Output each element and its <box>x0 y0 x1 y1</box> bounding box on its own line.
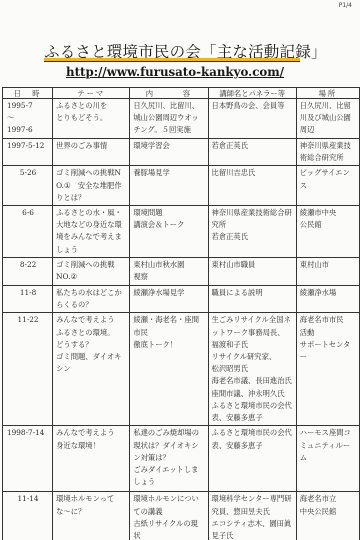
cell-speaker: 神奈川県産業技術総合研究所 若倉正英氏 <box>208 206 296 258</box>
cell-theme: みんなで考えよう ふるさとの環境。 どうする？ ゴミ問題、ダイオキシン <box>53 313 130 426</box>
table-row: 8-22 ゴミ削減への挑戦 NO.② 東村山市秋水園 視察 東村山市職員 東村山… <box>3 258 360 286</box>
cell-date: 1995-7 〜 1997-6 <box>3 99 53 139</box>
cell-speaker: 日本野鳥の会、会員等 <box>208 99 296 139</box>
cell-place: 海老名市立 中央公民館 <box>296 492 359 540</box>
table-header-row: 日 時 テーマ 内 容 講師名とパネラー等 場所 <box>3 88 360 99</box>
cell-theme: 世界のごみ事情 <box>53 139 130 166</box>
header-place: 場所 <box>296 88 359 99</box>
table-row: 11-8 私たちの水はどこからくるの？ 綾瀬浄水場見学 職員による説明 綾瀬浄水… <box>3 286 360 313</box>
cell-content: 環境学習会 <box>130 139 208 166</box>
cell-place: 綾瀬市中央 公民館 <box>296 206 359 258</box>
title-highlight <box>44 58 300 62</box>
header-speaker: 講師名とパネラー等 <box>208 88 296 99</box>
cell-place: ハーモス座間コミュニティルーム <box>296 426 359 492</box>
cell-speaker: 環境科学センター専門研究員、惣田昱夫氏 エコシティ志木、園田眞見子氏 <box>208 492 296 540</box>
cell-content: 環境問題 講演会＆トーク <box>130 206 208 258</box>
cell-content: 綾瀬・海老名・座間 市民 徹底トーク！ <box>130 313 208 426</box>
cell-speaker: 東村山市職員 <box>208 258 296 286</box>
cell-date: 1998-7-14 <box>3 426 53 492</box>
cell-place: 綾瀬浄水場 <box>296 286 359 313</box>
cell-theme: 私たちの水はどこからくるの？ <box>53 286 130 313</box>
cell-content: 日久尻川、比留川、城山公園周辺ウオッチング。５回実施 <box>130 99 208 139</box>
cell-date: 5-26 <box>3 166 53 206</box>
cell-date: 11-14 <box>3 492 53 540</box>
cell-place: 神奈川県産業技術総合研究所 <box>296 139 359 166</box>
cell-content: 綾瀬浄水場見学 <box>130 286 208 313</box>
cell-content: 養豚場見学 <box>130 166 208 206</box>
cell-theme: ゴミ削減への挑戦NO.① 安全な堆肥作りとは？ <box>53 166 130 206</box>
cell-date: 11-22 <box>3 313 53 426</box>
header-theme: テーマ <box>53 88 130 99</box>
cell-speaker: 生ごみリサイクル全国ネットワーク事務局長、 福渡和子氏 リサイクル研究家、 松沢… <box>208 313 296 426</box>
cell-content: 環境ホルモンについての講義 古紙リサイクルの現状 <box>130 492 208 540</box>
activity-record-table: 日 時 テーマ 内 容 講師名とパネラー等 場所 1995-7 〜 1997-6… <box>2 87 360 540</box>
table-row: 5-26 ゴミ削減への挑戦NO.① 安全な堆肥作りとは？ 養豚場見学 比留川吉忠… <box>3 166 360 206</box>
cell-place: 海老名市市民 活動 サポートセンター <box>296 313 359 426</box>
header-date: 日 時 <box>3 88 53 99</box>
header-content: 内 容 <box>130 88 208 99</box>
cell-place: 東村山市 <box>296 258 359 286</box>
cell-place: 日久尻川、比留川及び城山公園周辺 <box>296 99 359 139</box>
table-row: 1998-7-14 みんなで考えよう 身近な環境！ 私達のごみ焼却場の現状は？ダ… <box>3 426 360 492</box>
table-row: 1997-5-12 世界のごみ事情 環境学習会 若倉正英氏 神奈川県産業技術総合… <box>3 139 360 166</box>
table-row: 1995-7 〜 1997-6 ふるさとの川を とりもどそう。 日久尻川、比留川… <box>3 99 360 139</box>
table-row: 6-6 ふるさとの水・風・大地などの身近な環境をみんなで考えましょう 環境問題 … <box>3 206 360 258</box>
cell-content: 東村山市秋水園 視察 <box>130 258 208 286</box>
cell-speaker: ふるさと環境市民の会代表、安藤多恵子 <box>208 426 296 492</box>
cell-theme: ゴミ削減への挑戦 NO.② <box>53 258 130 286</box>
cell-date: 1997-5-12 <box>3 139 53 166</box>
cell-theme: 環境ホルモンってな〜に？ <box>53 492 130 540</box>
cell-date: 11-8 <box>3 286 53 313</box>
cell-place: ビッグサイエンス <box>296 166 359 206</box>
website-url[interactable]: http://www.furusato-kankyo.com/ <box>66 65 284 79</box>
cell-theme: みんなで考えよう 身近な環境！ <box>53 426 130 492</box>
cell-date: 6-6 <box>3 206 53 258</box>
cell-speaker: 比留川吉忠氏 <box>208 166 296 206</box>
cell-speaker: 職員による説明 <box>208 286 296 313</box>
page-number: P1/4 <box>339 2 352 9</box>
cell-content: 私達のごみ焼却場の現状は？ダイオキシン対策は？ ごみダイエットしましょう <box>130 426 208 492</box>
cell-speaker: 若倉正英氏 <box>208 139 296 166</box>
cell-date: 8-22 <box>3 258 53 286</box>
table-row: 11-14 環境ホルモンってな〜に？ 環境ホルモンについての講義 古紙リサイクル… <box>3 492 360 540</box>
cell-theme: ふるさとの水・風・大地などの身近な環境をみんなで考えましょう <box>53 206 130 258</box>
cell-theme: ふるさとの川を とりもどそう。 <box>53 99 130 139</box>
table-row: 11-22 みんなで考えよう ふるさとの環境。 どうする？ ゴミ問題、ダイオキシ… <box>3 313 360 426</box>
